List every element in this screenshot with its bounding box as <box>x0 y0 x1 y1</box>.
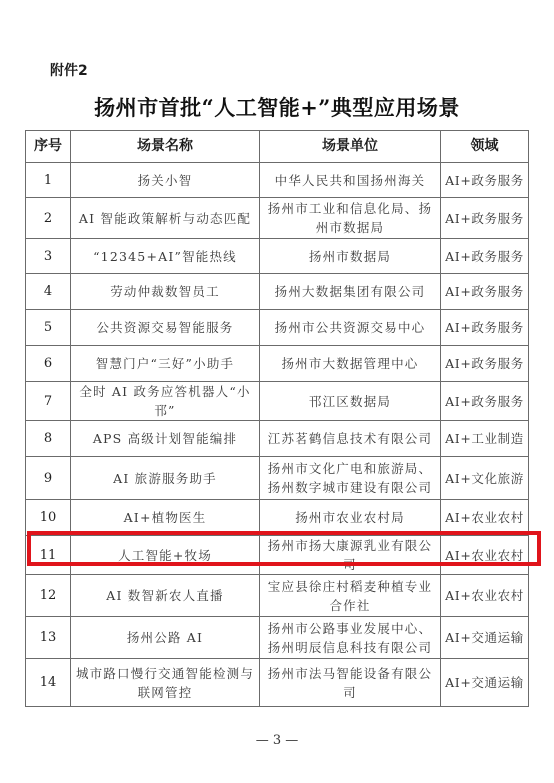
cell-name: 全时 AI 政务应答机器人“小邗” <box>71 382 260 421</box>
cell-name: “12345+AI”智能热线 <box>71 239 260 274</box>
table-row: 2 AI 智能政策解析与动态匹配 扬州市工业和信息化局、扬州市数据局 AI+政务… <box>26 198 529 239</box>
cell-domain: AI+农业农村 <box>441 500 529 536</box>
cell-no: 7 <box>26 382 71 421</box>
cell-unit: 扬州市数据局 <box>260 239 441 274</box>
header-scenario-name: 场景名称 <box>71 131 260 163</box>
cell-name: AI 智能政策解析与动态匹配 <box>71 198 260 239</box>
cell-domain: AI+工业制造 <box>441 421 529 457</box>
cell-name: 劳动仲裁数智员工 <box>71 274 260 310</box>
cell-unit: 扬州大数据集团有限公司 <box>260 274 441 310</box>
cell-domain: AI+交通运输 <box>441 617 529 659</box>
cell-domain: AI+政务服务 <box>441 274 529 310</box>
cell-unit: 扬州市公共资源交易中心 <box>260 310 441 346</box>
header-scenario-unit: 场景单位 <box>260 131 441 163</box>
cell-domain: AI+农业农村 <box>441 536 529 575</box>
table-row: 4 劳动仲裁数智员工 扬州大数据集团有限公司 AI+政务服务 <box>26 274 529 310</box>
cell-no: 11 <box>26 536 71 575</box>
cell-unit: 宝应县徐庄村稻麦种植专业合作社 <box>260 575 441 617</box>
cell-name: 智慧门户“三好”小助手 <box>71 346 260 382</box>
cell-unit: 扬州市扬大康源乳业有限公司 <box>260 536 441 575</box>
cell-name: 公共资源交易智能服务 <box>71 310 260 346</box>
cell-domain: AI+政务服务 <box>441 163 529 198</box>
header-serial-number: 序号 <box>26 131 71 163</box>
cell-unit: 扬州市法马智能设备有限公司 <box>260 659 441 707</box>
cell-domain: AI+政务服务 <box>441 382 529 421</box>
cell-name: AI+植物医生 <box>71 500 260 536</box>
cell-domain: AI+政务服务 <box>441 346 529 382</box>
cell-no: 6 <box>26 346 71 382</box>
cell-no: 8 <box>26 421 71 457</box>
table-row: 9 AI 旅游服务助手 扬州市文化广电和旅游局、扬州数字城市建设有限公司 AI+… <box>26 457 529 500</box>
table-row: 7 全时 AI 政务应答机器人“小邗” 邗江区数据局 AI+政务服务 <box>26 382 529 421</box>
cell-domain: AI+政务服务 <box>441 239 529 274</box>
cell-name: AI 数智新农人直播 <box>71 575 260 617</box>
table-row: 5 公共资源交易智能服务 扬州市公共资源交易中心 AI+政务服务 <box>26 310 529 346</box>
cell-unit: 扬州市公路事业发展中心、扬州明辰信息科技有限公司 <box>260 617 441 659</box>
cell-no: 1 <box>26 163 71 198</box>
table-row: 8 APS 高级计划智能编排 江苏茗鹤信息技术有限公司 AI+工业制造 <box>26 421 529 457</box>
cell-domain: AI+农业农村 <box>441 575 529 617</box>
cell-name: 人工智能+牧场 <box>71 536 260 575</box>
cell-domain: AI+政务服务 <box>441 198 529 239</box>
cell-unit: 邗江区数据局 <box>260 382 441 421</box>
cell-unit: 扬州市大数据管理中心 <box>260 346 441 382</box>
table-row: 12 AI 数智新农人直播 宝应县徐庄村稻麦种植专业合作社 AI+农业农村 <box>26 575 529 617</box>
cell-unit: 扬州市农业农村局 <box>260 500 441 536</box>
cell-domain: AI+交通运输 <box>441 659 529 707</box>
table-row: 14 城市路口慢行交通智能检测与联网管控 扬州市法马智能设备有限公司 AI+交通… <box>26 659 529 707</box>
cell-name: 城市路口慢行交通智能检测与联网管控 <box>71 659 260 707</box>
scenario-table: 序号 场景名称 场景单位 领域 1 扬关小智 中华人民共和国扬州海关 AI+政务… <box>25 130 529 707</box>
cell-no: 13 <box>26 617 71 659</box>
cell-no: 2 <box>26 198 71 239</box>
cell-no: 5 <box>26 310 71 346</box>
cell-name: AI 旅游服务助手 <box>71 457 260 500</box>
table-row: 6 智慧门户“三好”小助手 扬州市大数据管理中心 AI+政务服务 <box>26 346 529 382</box>
table-row: 10 AI+植物医生 扬州市农业农村局 AI+农业农村 <box>26 500 529 536</box>
page-title: 扬州市首批“人工智能+”典型应用场景 <box>0 92 554 122</box>
cell-unit: 中华人民共和国扬州海关 <box>260 163 441 198</box>
cell-unit: 扬州市工业和信息化局、扬州市数据局 <box>260 198 441 239</box>
table-row: 13 扬州公路 AI 扬州市公路事业发展中心、扬州明辰信息科技有限公司 AI+交… <box>26 617 529 659</box>
cell-no: 3 <box>26 239 71 274</box>
cell-no: 12 <box>26 575 71 617</box>
page-number: — 3 — <box>0 733 554 748</box>
cell-name: APS 高级计划智能编排 <box>71 421 260 457</box>
table-row-highlighted: 11 人工智能+牧场 扬州市扬大康源乳业有限公司 AI+农业农村 <box>26 536 529 575</box>
cell-no: 14 <box>26 659 71 707</box>
cell-name: 扬关小智 <box>71 163 260 198</box>
table-header-row: 序号 场景名称 场景单位 领域 <box>26 131 529 163</box>
cell-unit: 扬州市文化广电和旅游局、扬州数字城市建设有限公司 <box>260 457 441 500</box>
cell-domain: AI+文化旅游 <box>441 457 529 500</box>
cell-unit: 江苏茗鹤信息技术有限公司 <box>260 421 441 457</box>
header-domain: 领域 <box>441 131 529 163</box>
cell-no: 9 <box>26 457 71 500</box>
cell-name: 扬州公路 AI <box>71 617 260 659</box>
table-row: 1 扬关小智 中华人民共和国扬州海关 AI+政务服务 <box>26 163 529 198</box>
table-row: 3 “12345+AI”智能热线 扬州市数据局 AI+政务服务 <box>26 239 529 274</box>
cell-no: 10 <box>26 500 71 536</box>
cell-no: 4 <box>26 274 71 310</box>
cell-domain: AI+政务服务 <box>441 310 529 346</box>
attachment-label: 附件2 <box>50 60 88 80</box>
